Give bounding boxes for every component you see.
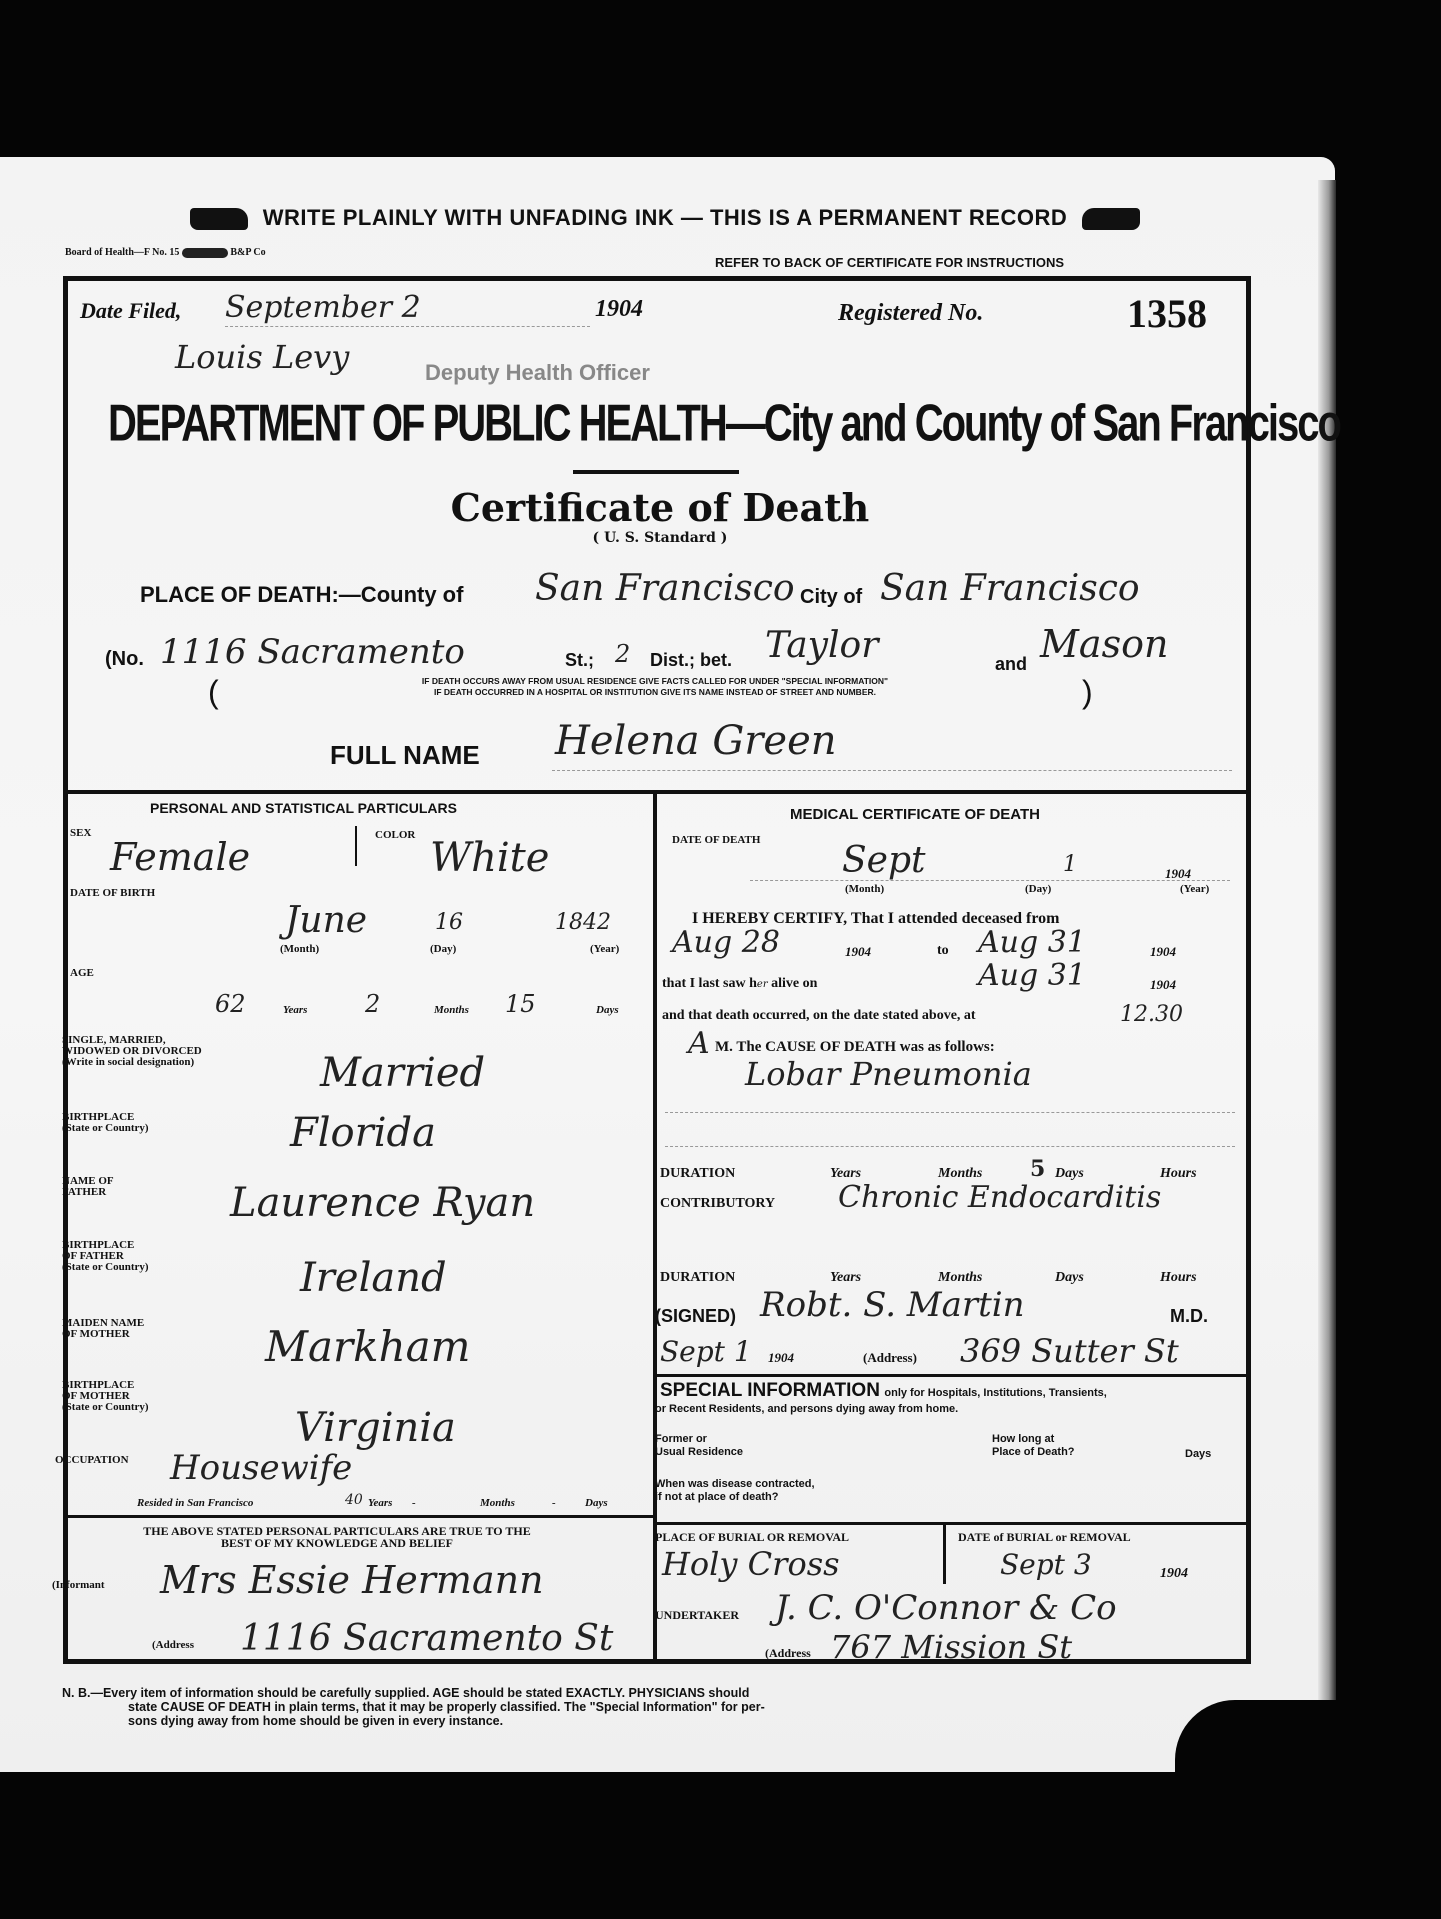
year-caption: (Year) <box>1180 884 1209 895</box>
between-street-2: Mason <box>1040 622 1168 666</box>
informant-address-label: (Address <box>152 1640 194 1651</box>
city-label: City of <box>800 586 862 609</box>
informant-address: 1116 Sacramento St <box>240 1618 613 1659</box>
death-time: 12.30 <box>1120 1002 1183 1027</box>
cause-label: M. The CAUSE OF DEATH was as follows: <box>715 1042 995 1053</box>
officer-signature: Louis Levy <box>175 338 349 376</box>
signed-year: 1904 <box>768 1350 794 1366</box>
place-of-death-label: PLACE OF DEATH:—County of <box>140 582 463 608</box>
father-name: Laurence Ryan <box>230 1180 535 1226</box>
duration-label: DURATION <box>660 1168 735 1179</box>
date-filed-value: September 2 <box>225 290 421 325</box>
mother-maiden-name: Markham <box>265 1322 471 1371</box>
burial-year: 1904 <box>1160 1566 1188 1582</box>
days-caption: Days <box>596 1004 619 1016</box>
dod-label: DATE OF DEATH <box>672 835 760 846</box>
duration2-days-caption: Days <box>1055 1270 1084 1286</box>
color-value: White <box>430 835 549 881</box>
st-label: St.; <box>565 650 594 671</box>
underline <box>750 880 1230 881</box>
informant-divider <box>63 1515 655 1518</box>
personal-section-title: PERSONAL AND STATISTICAL PARTICULARS <box>150 800 457 816</box>
dob-label: DATE OF BIRTH <box>70 888 155 899</box>
paren-close: ) <box>1082 674 1093 711</box>
resided-years: 40 <box>345 1492 363 1508</box>
meridiem: A <box>688 1026 710 1061</box>
header-banner: WRITE PLAINLY WITH UNFADING INK — THIS I… <box>125 205 1205 231</box>
registered-no-label: Registered No. <box>838 300 983 327</box>
marital-value: Married <box>320 1050 485 1096</box>
occupation-value: Housewife <box>170 1448 352 1488</box>
color-label: COLOR <box>375 830 415 841</box>
certificate-title: Certificate of Death <box>360 485 960 530</box>
dod-day: 1 <box>1063 852 1077 877</box>
dist-label: Dist.; bet. <box>650 650 732 671</box>
father-birthplace-label: BIRTHPLACEOF FATHER(State or Country) <box>62 1240 149 1273</box>
county-value: San Francisco <box>535 568 795 609</box>
date-filed-year: 1904 <box>595 296 643 323</box>
registered-no-value: 1358 <box>1127 290 1207 337</box>
duration-days: 5 <box>1030 1156 1045 1182</box>
underline <box>225 326 590 327</box>
dob-year: 1842 <box>555 910 611 935</box>
father-label: NAME OFFATHER <box>62 1176 114 1198</box>
attended-from-year: 1904 <box>845 944 871 960</box>
father-birthplace: Ireland <box>300 1255 447 1301</box>
physician-address: 369 Sutter St <box>960 1332 1179 1370</box>
instructions-ref: REFER TO BACK OF CERTIFICATE FOR INSTRUC… <box>715 255 1064 270</box>
special-header: SPECIAL INFORMATION only for Hospitals, … <box>660 1380 1107 1402</box>
sex-label: SEX <box>70 828 91 839</box>
resided-days-caption: Days <box>585 1497 608 1509</box>
date-filed-label: Date Filed, <box>80 298 181 324</box>
city-value: San Francisco <box>880 568 1140 609</box>
signed-date: Sept 1 <box>660 1335 752 1368</box>
month-caption: (Month) <box>280 944 319 955</box>
attended-to-year: 1904 <box>1150 944 1176 960</box>
divider <box>573 470 739 474</box>
burial-date-label: DATE of BURIAL or REMOVAL <box>958 1532 1131 1543</box>
and-label: and <box>995 654 1027 675</box>
special-subtitle: or Recent Residents, and persons dying a… <box>655 1403 958 1415</box>
undertaker-label: UNDERTAKER <box>655 1610 739 1621</box>
blank-line <box>665 1146 1235 1147</box>
dob-month: June <box>285 900 367 941</box>
attended-to: Aug 31 <box>978 925 1086 960</box>
mother-maiden-label: MAIDEN NAMEOF MOTHER <box>62 1318 144 1340</box>
to-label: to <box>937 945 949 956</box>
burial-divider <box>655 1522 1251 1525</box>
undertaker-address: 767 Mission St <box>830 1628 1072 1666</box>
resided-label: Resided in San Francisco <box>137 1497 253 1509</box>
paren-open: ( <box>208 674 219 711</box>
footer-note: N. B.—Every item of information should b… <box>62 1686 1142 1728</box>
age-label: AGE <box>70 968 94 979</box>
place-note: IF DEATH OCCURS AWAY FROM USUAL RESIDENC… <box>225 676 1085 698</box>
informant-name: Mrs Essie Hermann <box>160 1558 544 1602</box>
age-years: 62 <box>215 990 246 1018</box>
banner-text: WRITE PLAINLY WITH UNFADING INK — THIS I… <box>263 205 1068 230</box>
month-caption: (Month) <box>845 884 884 895</box>
last-saw-label: that I last saw her alive on <box>662 978 817 990</box>
full-name-label: FULL NAME <box>330 740 480 771</box>
special-divider <box>655 1374 1251 1377</box>
form-id: Board of Health—F No. 15 B&P Co <box>65 247 266 258</box>
duration2-hours-caption: Hours <box>1160 1270 1197 1286</box>
mother-birthplace-label: BIRTHPLACEOF MOTHER(State or Country) <box>62 1380 149 1413</box>
sex-value: Female <box>110 835 250 879</box>
burial-place: Holy Cross <box>662 1545 840 1583</box>
physician-signature: Robt. S. Martin <box>760 1285 1025 1325</box>
dob-day: 16 <box>435 910 463 935</box>
burial-column-divider <box>943 1524 946 1584</box>
duration2-months-caption: Months <box>938 1270 982 1286</box>
last-saw-date: Aug 31 <box>978 958 1086 993</box>
occupation-label: OCCUPATION <box>55 1455 129 1466</box>
burial-date: Sept 3 <box>1000 1548 1092 1581</box>
dod-month: Sept <box>842 840 925 881</box>
scan-shadow <box>1175 1700 1441 1919</box>
divider <box>355 826 357 866</box>
pointing-hand-icon <box>1082 208 1140 230</box>
attended-from: Aug 28 <box>672 925 780 960</box>
undertaker-address-label: (Address <box>765 1648 811 1659</box>
full-name-value: Helena Green <box>555 718 837 764</box>
pointing-hand-icon <box>190 208 248 230</box>
physician-address-label: (Address) <box>863 1352 917 1363</box>
contributory-label: CONTRIBUTORY <box>660 1198 775 1209</box>
how-long-days: Days <box>1185 1448 1211 1460</box>
undertaker-name: J. C. O'Connor & Co <box>775 1588 1117 1628</box>
underline <box>552 770 1232 771</box>
months-caption: Months <box>434 1004 469 1016</box>
resided-days: - <box>552 1497 556 1509</box>
resided-months: - <box>412 1497 416 1509</box>
marital-label: SINGLE, MARRIED,WIDOWED OR DIVORCED(Writ… <box>62 1035 202 1068</box>
signed-label: (SIGNED) <box>655 1306 736 1327</box>
medical-section-title: MEDICAL CERTIFICATE OF DEATH <box>790 806 1040 823</box>
duration2-years-caption: Years <box>830 1270 861 1286</box>
section-divider <box>63 790 1251 794</box>
md-label: M.D. <box>1170 1306 1208 1327</box>
mother-birthplace: Virginia <box>295 1405 456 1451</box>
informant-label: (Informant <box>52 1580 105 1591</box>
blank-line <box>665 1112 1235 1113</box>
between-street-1: Taylor <box>765 625 878 666</box>
former-residence-label: Former orUsual Residence <box>655 1433 743 1459</box>
birthplace-label: BIRTHPLACE(State or Country) <box>62 1112 149 1134</box>
department-title: DEPARTMENT OF PUBLIC HEALTH—City and Cou… <box>108 395 1216 454</box>
contracted-label: When was disease contracted,if not at pl… <box>655 1478 815 1504</box>
day-caption: (Day) <box>430 944 456 955</box>
day-caption: (Day) <box>1025 884 1051 895</box>
burial-place-label: PLACE OF BURIAL OR REMOVAL <box>655 1532 849 1543</box>
last-saw-year: 1904 <box>1150 977 1176 993</box>
age-months: 2 <box>365 990 380 1018</box>
age-days: 15 <box>505 990 536 1018</box>
officer-title: Deputy Health Officer <box>425 360 650 386</box>
birthplace-value: Florida <box>290 1110 436 1156</box>
duration2-label: DURATION <box>660 1272 735 1283</box>
informant-statement: THE ABOVE STATED PERSONAL PARTICULARS AR… <box>52 1525 622 1549</box>
no-label: (No. <box>105 648 144 671</box>
occurred-text: and that death occurred, on the date sta… <box>662 1010 976 1021</box>
duration-hours-caption: Hours <box>1160 1166 1197 1182</box>
cause-value: Lobar Pneumonia <box>745 1055 1032 1093</box>
resided-months-caption: Months <box>480 1497 515 1509</box>
contributory-value: Chronic Endocarditis <box>838 1180 1161 1215</box>
year-caption: (Year) <box>590 944 619 955</box>
standard-label: ( U. S. Standard ) <box>460 530 860 546</box>
district-value: 2 <box>615 640 630 668</box>
how-long-label: How long atPlace of Death? <box>992 1433 1075 1459</box>
years-caption: Years <box>283 1004 307 1016</box>
street-address: 1116 Sacramento <box>160 632 465 672</box>
union-seal-icon <box>182 248 228 258</box>
resided-years-caption: Years <box>368 1497 392 1509</box>
